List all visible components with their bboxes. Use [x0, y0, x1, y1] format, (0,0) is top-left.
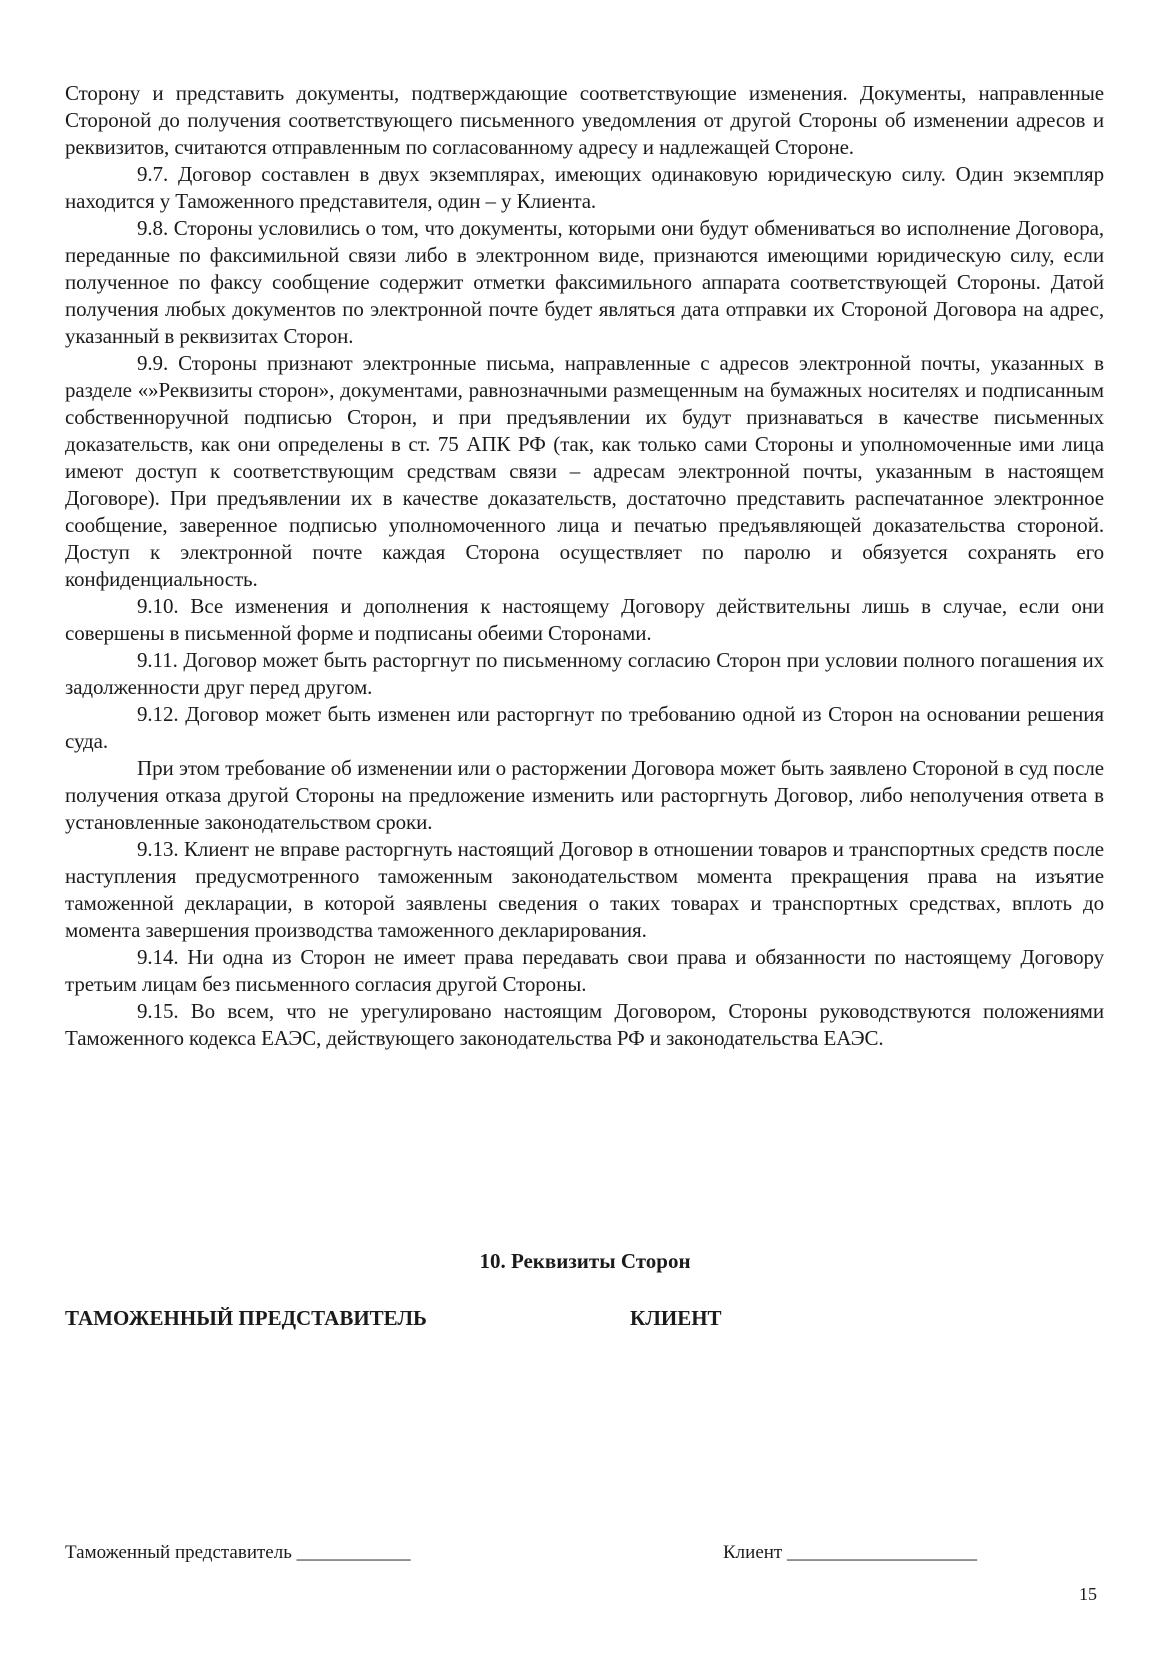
signature-client-label: Клиент [723, 1542, 782, 1563]
paragraph-9-9: 9.9. Стороны признают электронные письма… [65, 350, 1104, 593]
paragraph-9-8: 9.8. Стороны условились о том, что докум… [65, 215, 1104, 350]
document-page: Сторону и представить документы, подтвер… [0, 0, 1170, 1655]
signature-customs-representative-label: Таможенный представитель [65, 1542, 292, 1563]
signature-customs-representative-line: ____________ [297, 1542, 411, 1563]
party-label-customs-representative: ТАМОЖЕННЫЙ ПРЕДСТАВИТЕЛЬ [65, 1305, 630, 1332]
signature-customs-representative: Таможенный представитель ____________ [65, 1542, 411, 1563]
signature-client-line: ____________________ [787, 1542, 977, 1563]
section-heading-requisites: 10. Реквизиты Сторон [0, 1248, 1170, 1275]
signatures-row: Таможенный представитель ____________ Кл… [65, 1541, 1104, 1567]
paragraph-continuation: Сторону и представить документы, подтвер… [65, 80, 1104, 161]
paragraph-9-12: 9.12. Договор может быть изменен или рас… [65, 701, 1104, 755]
paragraph-9-10: 9.10. Все изменения и дополнения к насто… [65, 593, 1104, 647]
paragraph-9-14: 9.14. Ни одна из Сторон не имеет права п… [65, 944, 1104, 998]
paragraph-9-12-note: При этом требование об изменении или о р… [65, 755, 1104, 836]
page-number: 15 [1079, 1583, 1097, 1605]
paragraph-9-7: 9.7. Договор составлен в двух экземпляра… [65, 161, 1104, 215]
parties-row: ТАМОЖЕННЫЙ ПРЕДСТАВИТЕЛЬ КЛИЕНТ [65, 1305, 1104, 1332]
contract-body: Сторону и представить документы, подтвер… [65, 80, 1104, 1052]
party-label-client: КЛИЕНТ [630, 1305, 722, 1332]
paragraph-9-11: 9.11. Договор может быть расторгнут по п… [65, 647, 1104, 701]
paragraph-9-13: 9.13. Клиент не вправе расторгнуть насто… [65, 836, 1104, 944]
signature-client: Клиент ____________________ [723, 1541, 977, 1565]
paragraph-9-15: 9.15. Во всем, что не урегулировано наст… [65, 998, 1104, 1052]
